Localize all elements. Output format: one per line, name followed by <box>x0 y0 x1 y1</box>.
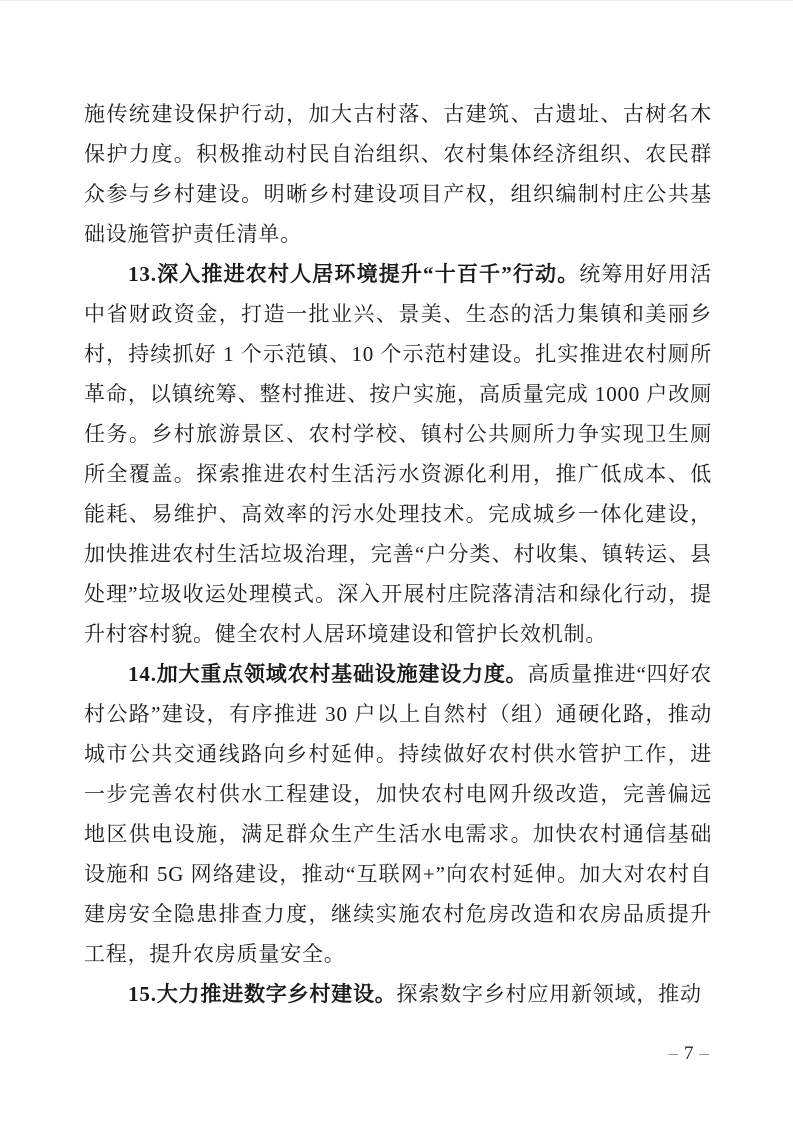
page-number-value: 7 <box>684 1043 696 1064</box>
document-page: 施传统建设保护行动，加大古村落、古建筑、古遗址、古树名木保护力度。积极推动村民自… <box>0 0 793 1123</box>
page-number-dash-left: – <box>665 1043 685 1064</box>
paragraph-item-13: 13.深入推进农村人居环境提升“十百千”行动。统筹用好用活中省财政资金，打造一批… <box>84 254 712 654</box>
paragraph-item-14: 14.加大重点领域农村基础设施建设力度。高质量推进“四好农村公路”建设，有序推进… <box>84 654 712 974</box>
paragraph-item-15: 15.大力推进数字乡村建设。探索数字乡村应用新领域，推动 <box>84 974 712 1014</box>
page-number: –7– <box>665 1043 716 1065</box>
paragraph-heading: 13.深入推进农村人居环境提升“十百千”行动。 <box>128 262 579 286</box>
paragraph-text: 统筹用好用活中省财政资金，打造一批业兴、景美、生态的活力集镇和美丽乡村，持续抓好… <box>84 262 712 646</box>
page-number-dash-right: – <box>696 1043 716 1064</box>
paragraph-text: 高质量推进“四好农村公路”建设，有序推进 30 户以上自然村（组）通硬化路，推动… <box>84 662 712 966</box>
document-body: 施传统建设保护行动，加大古村落、古建筑、古遗址、古树名木保护力度。积极推动村民自… <box>84 94 712 1014</box>
paragraph-continuation: 施传统建设保护行动，加大古村落、古建筑、古遗址、古树名木保护力度。积极推动村民自… <box>84 94 712 254</box>
paragraph-text: 探索数字乡村应用新领域，推动 <box>397 982 702 1006</box>
paragraph-heading: 14.加大重点领域农村基础设施建设力度。 <box>128 662 527 686</box>
paragraph-heading: 15.大力推进数字乡村建设。 <box>128 982 396 1006</box>
paragraph-text: 施传统建设保护行动，加大古村落、古建筑、古遗址、古树名木保护力度。积极推动村民自… <box>84 102 712 246</box>
